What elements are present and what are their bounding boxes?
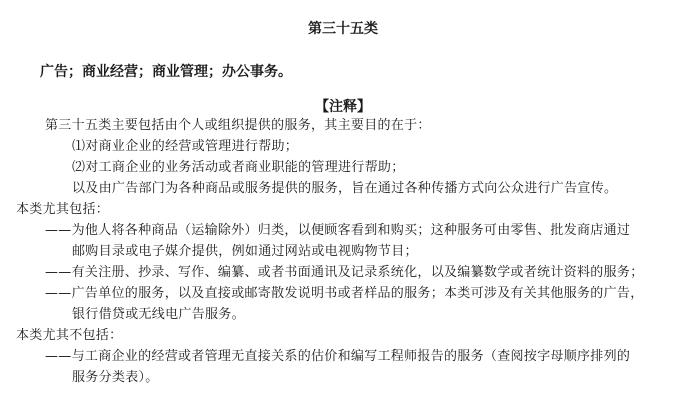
intro-text: 第三十五类主要包括由个人或组织提供的服务，其主要目的在于： bbox=[45, 118, 431, 134]
class-subtitle: 广告；商业经营；商业管理；办公事务。 bbox=[40, 61, 292, 81]
exclude-item: ——与工商企业的经营或者管理无直接关系的估价和编写工程师报告的服务（查阅按字母顺… bbox=[45, 349, 630, 365]
exclude-item-cont: 服务分类表）。 bbox=[72, 370, 159, 386]
include-item: ——广告单位的服务，以及直接或邮寄散发说明书或者样品的服务；本类可涉及有关其他服… bbox=[45, 286, 644, 302]
page-title: 第三十五类 bbox=[0, 18, 686, 38]
excludes-heading: 本类尤其不包括： bbox=[16, 328, 122, 344]
include-item: ——为他人将各种商品（运输除外）归类，以便顾客看到和购买；这种服务可由零售、批发… bbox=[45, 223, 630, 239]
purpose-item: ⑴对商业企业的经营或管理进行帮助； bbox=[72, 139, 298, 155]
include-item-cont: 邮购目录或电子媒介提供，例如通过网站或电视购物节目； bbox=[72, 244, 418, 260]
includes-heading: 本类尤其包括： bbox=[16, 202, 109, 218]
note-heading: 【注释】 bbox=[0, 96, 686, 116]
purpose-item: ⑵对工商企业的业务活动或者商业职能的管理进行帮助； bbox=[72, 160, 405, 176]
include-item-cont: 银行借贷或无线电广告服务。 bbox=[72, 307, 245, 323]
purpose-item: 以及由广告部门为各种商品或服务提供的服务，旨在通过各种传播方式向公众进行广告宣传… bbox=[72, 181, 617, 197]
include-item: ——有关注册、抄录、写作、编纂、或者书面通讯及记录系统化，以及编纂数学或者统计资… bbox=[45, 265, 644, 281]
